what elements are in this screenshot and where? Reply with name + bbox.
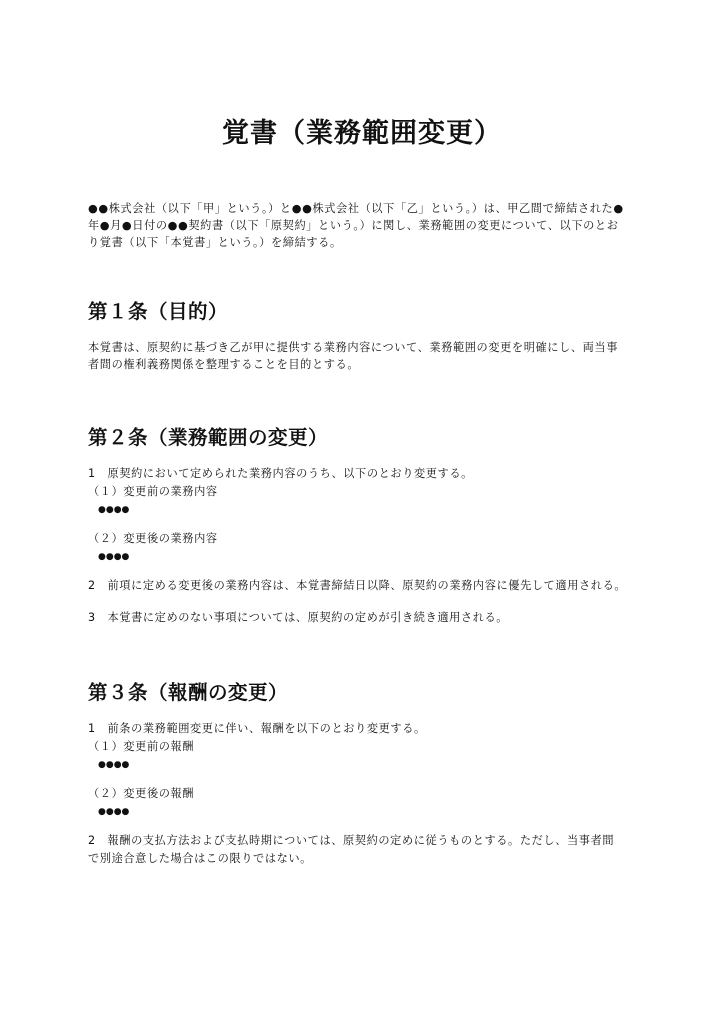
preamble-line-1: ●●株式会社（以下「甲」という。）と●●株式会社（以下「乙」という。）は、甲乙間… [88,201,624,217]
preamble-line-3: り覚書（以下「本覚書」という。）を締結する。 [88,235,342,251]
article-1-line-2: 者間の権利義務関係を整理することを目的とする。 [88,357,359,373]
article-3-clause-1: 1 前条の業務範囲変更に伴い、報酬を以下のとおり変更する。 [88,721,426,737]
article-3-item-2-label: （２）変更後の報酬 [88,786,194,802]
article-2-clause-1: 1 原契約において定められた業務内容のうち、以下のとおり変更する。 [88,466,473,482]
article-3-item-1-value: ●●●● [98,757,129,773]
article-2-item-2-label: （２）変更後の業務内容 [88,531,218,547]
article-3-clause-2-line-1: 2 報酬の支払方法および支払時期については、原契約の定めに従うものとする。ただし… [88,833,614,849]
article-3-heading: 第３条（報酬の変更） [88,680,288,706]
article-1-heading: 第１条（目的） [88,299,228,325]
article-2-item-1-label: （１）変更前の業務内容 [88,484,218,500]
article-3-item-1-label: （１）変更前の報酬 [88,739,194,755]
article-3-clause-2-line-2: で別途合意した場合はこの限りではない。 [88,851,312,867]
article-2-item-2-value: ●●●● [98,549,129,565]
article-2-heading: 第２条（業務範囲の変更） [88,425,328,451]
article-2-clause-2: 2 前項に定める変更後の業務内容は、本覚書締結日以降、原契約の業務内容に優先して… [88,578,626,594]
article-3-item-2-value: ●●●● [98,804,129,820]
preamble-line-2: 年●月●日付の●●契約書（以下「原契約」という。）に関し、業務範囲の変更について… [88,218,618,234]
document-page: 覚書（業務範囲変更） ●●株式会社（以下「甲」という。）と●●株式会社（以下「乙… [0,0,724,1024]
article-1-line-1: 本覚書は、原契約に基づき乙が甲に提供する業務内容について、業務範囲の変更を明確に… [88,340,618,356]
article-2-clause-3: 3 本覚書に定めのない事項については、原契約の定めが引き続き適用される。 [88,610,508,626]
document-title: 覚書（業務範囲変更） [0,116,724,152]
article-2-item-1-value: ●●●● [98,502,129,518]
